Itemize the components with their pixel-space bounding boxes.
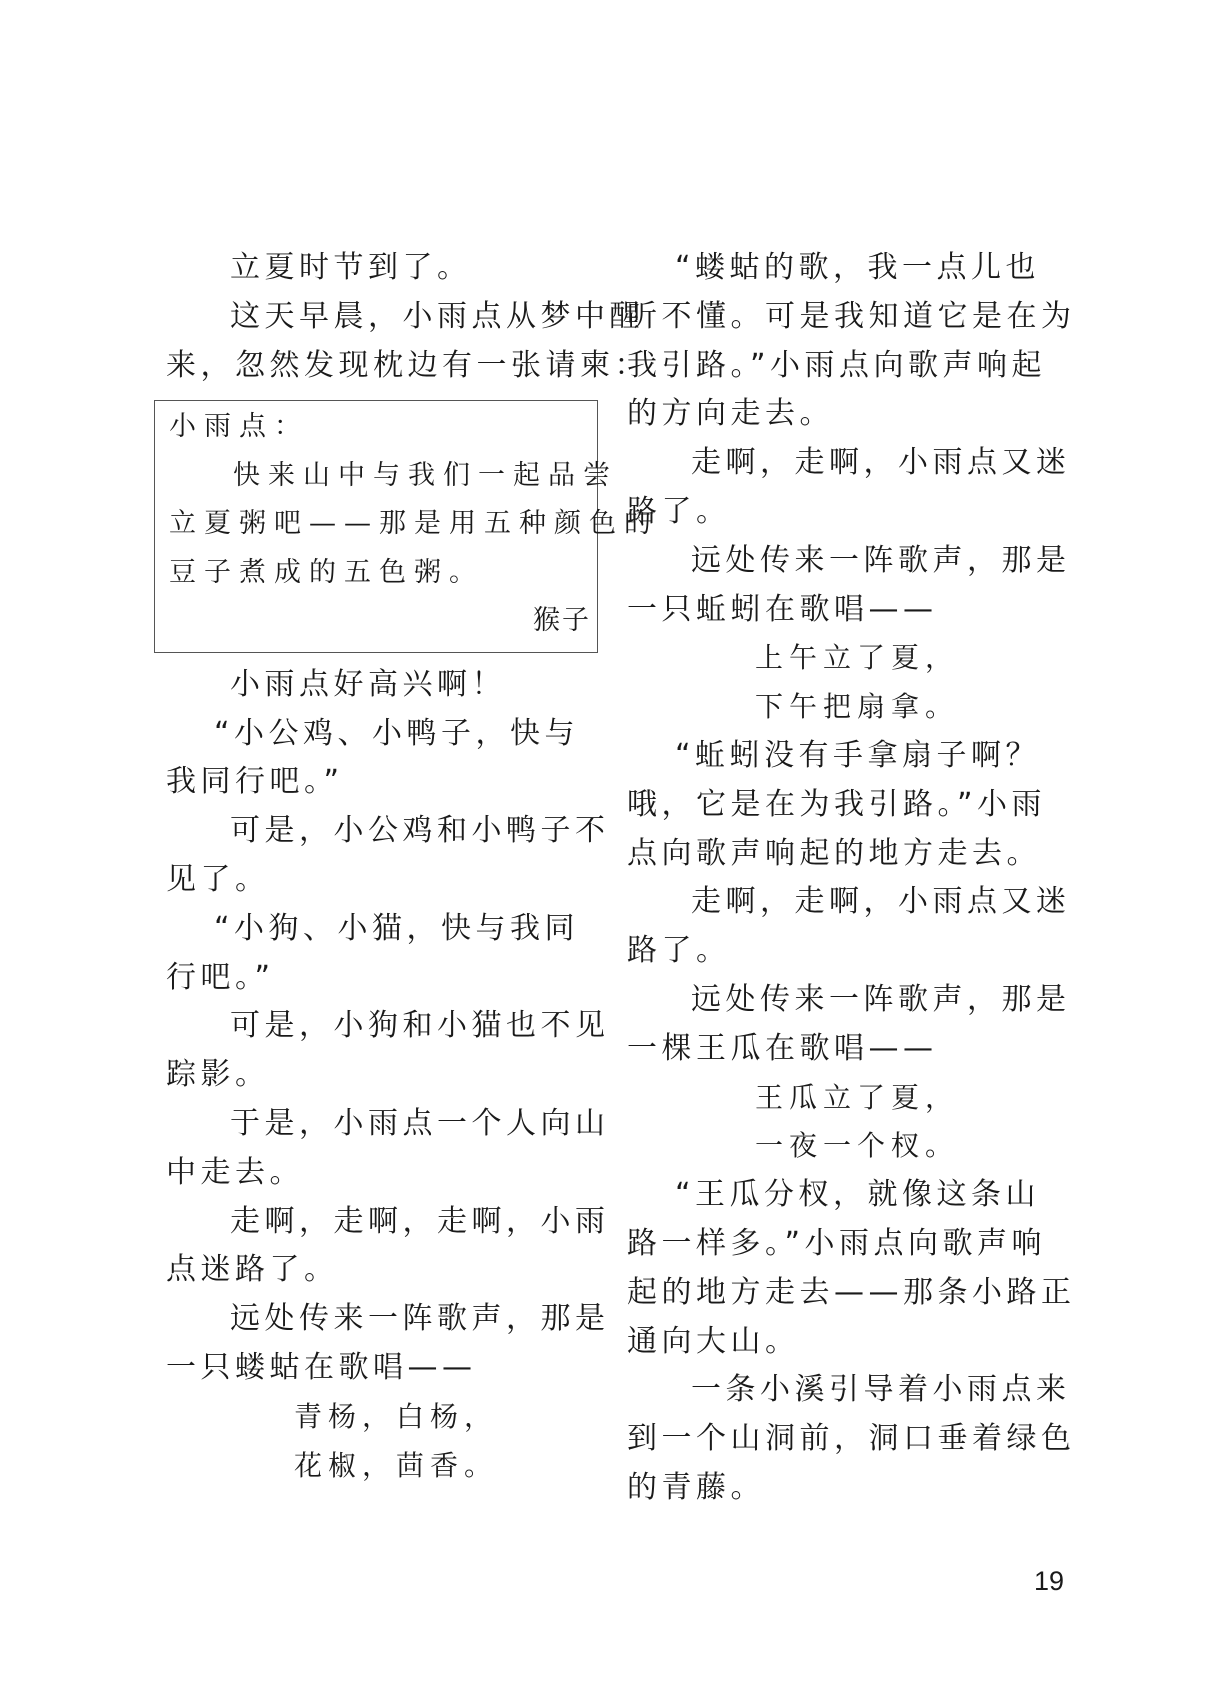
right-column: “蝼蛄的歌，我一点儿也 听不懂。可是我知道它是在为 我引路。”小雨点向歌声响起 … <box>627 244 1059 1513</box>
paragraph-line: 于是，小雨点一个人向山 <box>166 1100 598 1149</box>
paragraph-line: 走啊，走啊，小雨点又迷 <box>627 439 1059 488</box>
paragraph-line: 的方向走去。 <box>627 390 1059 439</box>
poem-line: 下午把扇拿。 <box>627 683 1059 732</box>
paragraph-line: 可是，小狗和小猫也不见 <box>166 1002 598 1051</box>
paragraph-line: 起的地方走去——那条小路正 <box>627 1269 1059 1318</box>
invitation-line: 快来山中与我们一起品尝 <box>169 452 597 501</box>
paragraph-line: 这天早晨，小雨点从梦中醒 <box>166 293 598 342</box>
paragraph-line: 立夏时节到了。 <box>166 244 598 293</box>
left-column: 立夏时节到了。 这天早晨，小雨点从梦中醒 来，忽然发现枕边有一张请柬： 小雨点：… <box>166 244 598 1490</box>
poem-line: 王瓜立了夏， <box>627 1074 1059 1123</box>
paragraph-line: 远处传来一阵歌声，那是 <box>166 1295 598 1344</box>
paragraph-line: 一棵王瓜在歌唱—— <box>627 1025 1059 1074</box>
paragraph-line: 中走去。 <box>166 1149 598 1198</box>
invitation-line: 豆子煮成的五色粥。 <box>169 549 597 598</box>
paragraph-line: 远处传来一阵歌声，那是 <box>627 537 1059 586</box>
paragraph-line: 行吧。” <box>166 954 598 1003</box>
paragraph-line: 小雨点好高兴啊！ <box>166 661 598 710</box>
poem-line: 青杨，白杨， <box>166 1393 598 1442</box>
invitation-salutation: 小雨点： <box>169 403 597 452</box>
paragraph-line: 走啊，走啊，小雨点又迷 <box>627 878 1059 927</box>
poem-line: 花椒，茴香。 <box>166 1442 598 1491</box>
paragraph-line: 见了。 <box>166 856 598 905</box>
paragraph-line: “小狗、小猫，快与我同 <box>166 905 598 954</box>
paragraph-line: 踪影。 <box>166 1051 598 1100</box>
paragraph-line: 一条小溪引导着小雨点来 <box>627 1366 1059 1415</box>
paragraph-line: 点向歌声响起的地方走去。 <box>627 830 1059 879</box>
paragraph-line: 可是，小公鸡和小鸭子不 <box>166 807 598 856</box>
invitation-signature: 猴子 <box>169 597 597 646</box>
paragraph-line: 远处传来一阵歌声，那是 <box>627 976 1059 1025</box>
paragraph-line: 的青藤。 <box>627 1464 1059 1513</box>
invitation-card: 小雨点： 快来山中与我们一起品尝 立夏粥吧——那是用五种颜色的 豆子煮成的五色粥… <box>154 400 598 653</box>
paragraph-line: “蚯蚓没有手拿扇子啊？ <box>627 732 1059 781</box>
paragraph-line: “小公鸡、小鸭子，快与 <box>166 710 598 759</box>
paragraph-line: 哦，它是在为我引路。”小雨 <box>627 781 1059 830</box>
invitation-line: 立夏粥吧——那是用五种颜色的 <box>169 500 597 549</box>
paragraph-line: 一只蝼蛄在歌唱—— <box>166 1344 598 1393</box>
paragraph-line: 路一样多。”小雨点向歌声响 <box>627 1220 1059 1269</box>
paragraph-line: 走啊，走啊，走啊，小雨 <box>166 1198 598 1247</box>
poem-line: 一夜一个杈。 <box>627 1122 1059 1171</box>
paragraph-line: 点迷路了。 <box>166 1246 598 1295</box>
paragraph-line: 通向大山。 <box>627 1318 1059 1367</box>
paragraph-line: “蝼蛄的歌，我一点儿也 <box>627 244 1059 293</box>
paragraph-line: 我同行吧。” <box>166 758 598 807</box>
paragraph-line: 到一个山洞前，洞口垂着绿色 <box>627 1415 1059 1464</box>
paragraph-line: 来，忽然发现枕边有一张请柬： <box>166 342 598 391</box>
page-number: 19 <box>1034 1566 1064 1597</box>
paragraph-line: 一只蚯蚓在歌唱—— <box>627 586 1059 635</box>
paragraph-line: “王瓜分杈，就像这条山 <box>627 1171 1059 1220</box>
paragraph-line: 路了。 <box>627 488 1059 537</box>
paragraph-line: 我引路。”小雨点向歌声响起 <box>627 342 1059 391</box>
poem-line: 上午立了夏， <box>627 634 1059 683</box>
paragraph-line: 听不懂。可是我知道它是在为 <box>627 293 1059 342</box>
paragraph-line: 路了。 <box>627 927 1059 976</box>
